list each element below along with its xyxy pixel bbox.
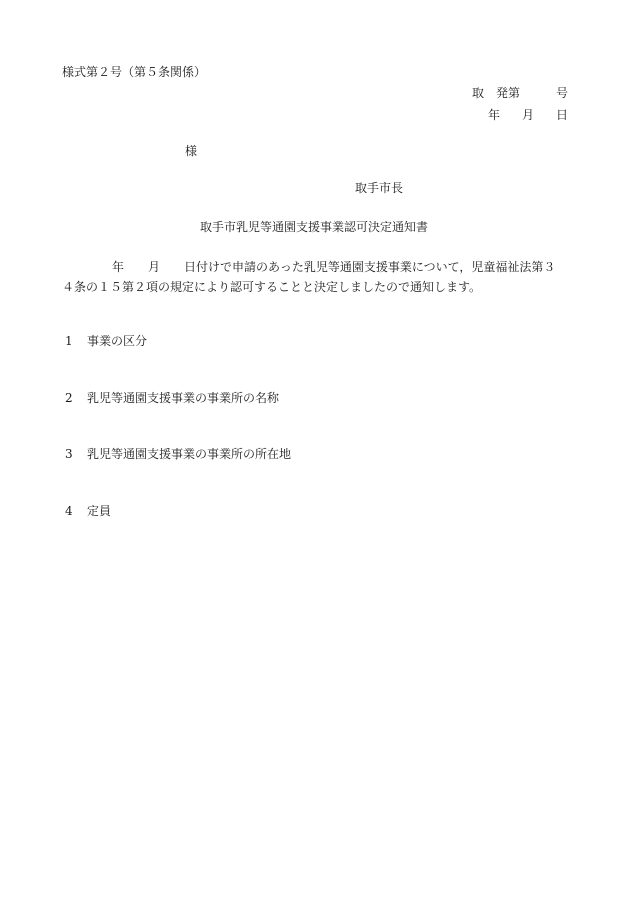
- reference-year-label: 年: [488, 108, 500, 122]
- body-line-1-text: 日付けで申請のあった乳児等通園支援事業について，児童福祉法第３: [184, 260, 555, 274]
- issuer: 取手市長: [355, 180, 403, 196]
- item-number: 4: [65, 503, 87, 519]
- list-item: 3乳児等通園支援事業の事業所の所在地: [65, 446, 291, 462]
- reference-number-suffix: 号: [556, 86, 568, 100]
- item-label: 事業の区分: [87, 334, 147, 348]
- reference-block: 取発第号 年月日: [472, 82, 568, 126]
- document-page: 様式第２号（第５条関係） 取発第号 年月日 様 取手市長 取手市乳児等通園支援事…: [0, 0, 630, 903]
- item-label: 乳児等通園支援事業の事業所の名称: [87, 391, 279, 405]
- list-item: 1事業の区分: [65, 333, 147, 349]
- item-number: 1: [65, 333, 87, 349]
- reference-day-label: 日: [556, 108, 568, 122]
- body-text: 年月日付けで申請のあった乳児等通園支援事業について，児童福祉法第３ ４条の１５第…: [62, 257, 572, 297]
- reference-issue-label: 発第: [496, 86, 520, 100]
- reference-number-row: 取発第号: [472, 82, 568, 104]
- body-year-label: 年: [112, 260, 124, 274]
- form-number: 様式第２号（第５条関係）: [62, 64, 206, 80]
- item-label: 乳児等通園支援事業の事業所の所在地: [87, 447, 291, 461]
- body-month-label: 月: [148, 260, 160, 274]
- list-item: 4定員: [65, 503, 111, 519]
- body-line-2: ４条の１５第２項の規定により認可することと決定しましたので通知します。: [62, 277, 572, 297]
- document-title: 取手市乳児等通園支援事業認可決定通知書: [200, 219, 428, 235]
- reference-month-label: 月: [522, 108, 534, 122]
- reference-prefix: 取: [472, 86, 484, 100]
- addressee: 様: [185, 143, 197, 159]
- item-number: 2: [65, 390, 87, 406]
- body-line-1: 年月日付けで申請のあった乳児等通園支援事業について，児童福祉法第３: [62, 257, 572, 277]
- item-number: 3: [65, 446, 87, 462]
- item-label: 定員: [87, 504, 111, 518]
- list-item: 2乳児等通園支援事業の事業所の名称: [65, 390, 279, 406]
- reference-date-row: 年月日: [472, 104, 568, 126]
